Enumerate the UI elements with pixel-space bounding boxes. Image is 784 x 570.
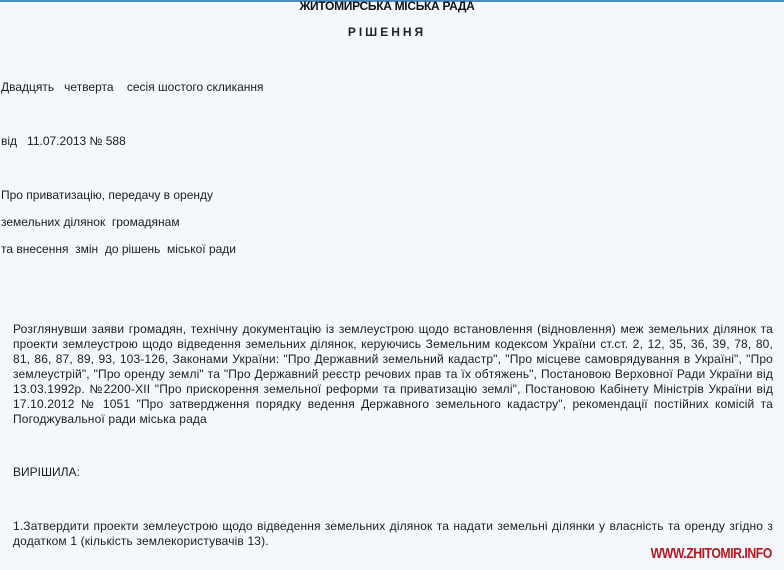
preamble-paragraph: Розглянувши заяви громадян, технічну док… [13,322,773,427]
date-number-line: від 11.07.2013 № 588 [1,134,126,148]
subject-line: Про приватизацію, передачу в оренду [1,188,213,202]
preamble-line: 81, 86, 87, 89, 93, 103-126, Законами Ук… [13,352,773,367]
preamble-line: Розглянувши заяви громадян, технічну док… [13,322,773,337]
preamble-line: 17.10.2012 № 1051 "Про затвердження поря… [13,397,773,412]
resolved-label: ВИРІШИЛА: [13,465,80,479]
subject-line: та внесення змін до рішень міської ради [1,242,236,256]
subject-line: земельних ділянок громадянам [1,215,180,229]
preamble-line: землеустрій", "Про оренду землі" та "Про… [13,367,773,382]
document-type-heading: РІШЕННЯ [0,25,774,39]
council-name-heading: ЖИТОМИРСЬКА МІСЬКА РАДА [0,0,774,13]
session-line: Двадцять четверта сесія шостого скликанн… [1,80,264,94]
preamble-line: 13.03.1992р. №2200-XII "Про прискорення … [13,382,773,397]
item-line: 1.Затвердити проекти землеустрою щодо ві… [13,519,773,534]
site-watermark: WWW.ZHITOMIR.INFO [651,545,772,562]
preamble-line: Погоджувальної ради міська рада [13,412,773,427]
preamble-line: проекти землеустрою щодо відведення земе… [13,337,773,352]
